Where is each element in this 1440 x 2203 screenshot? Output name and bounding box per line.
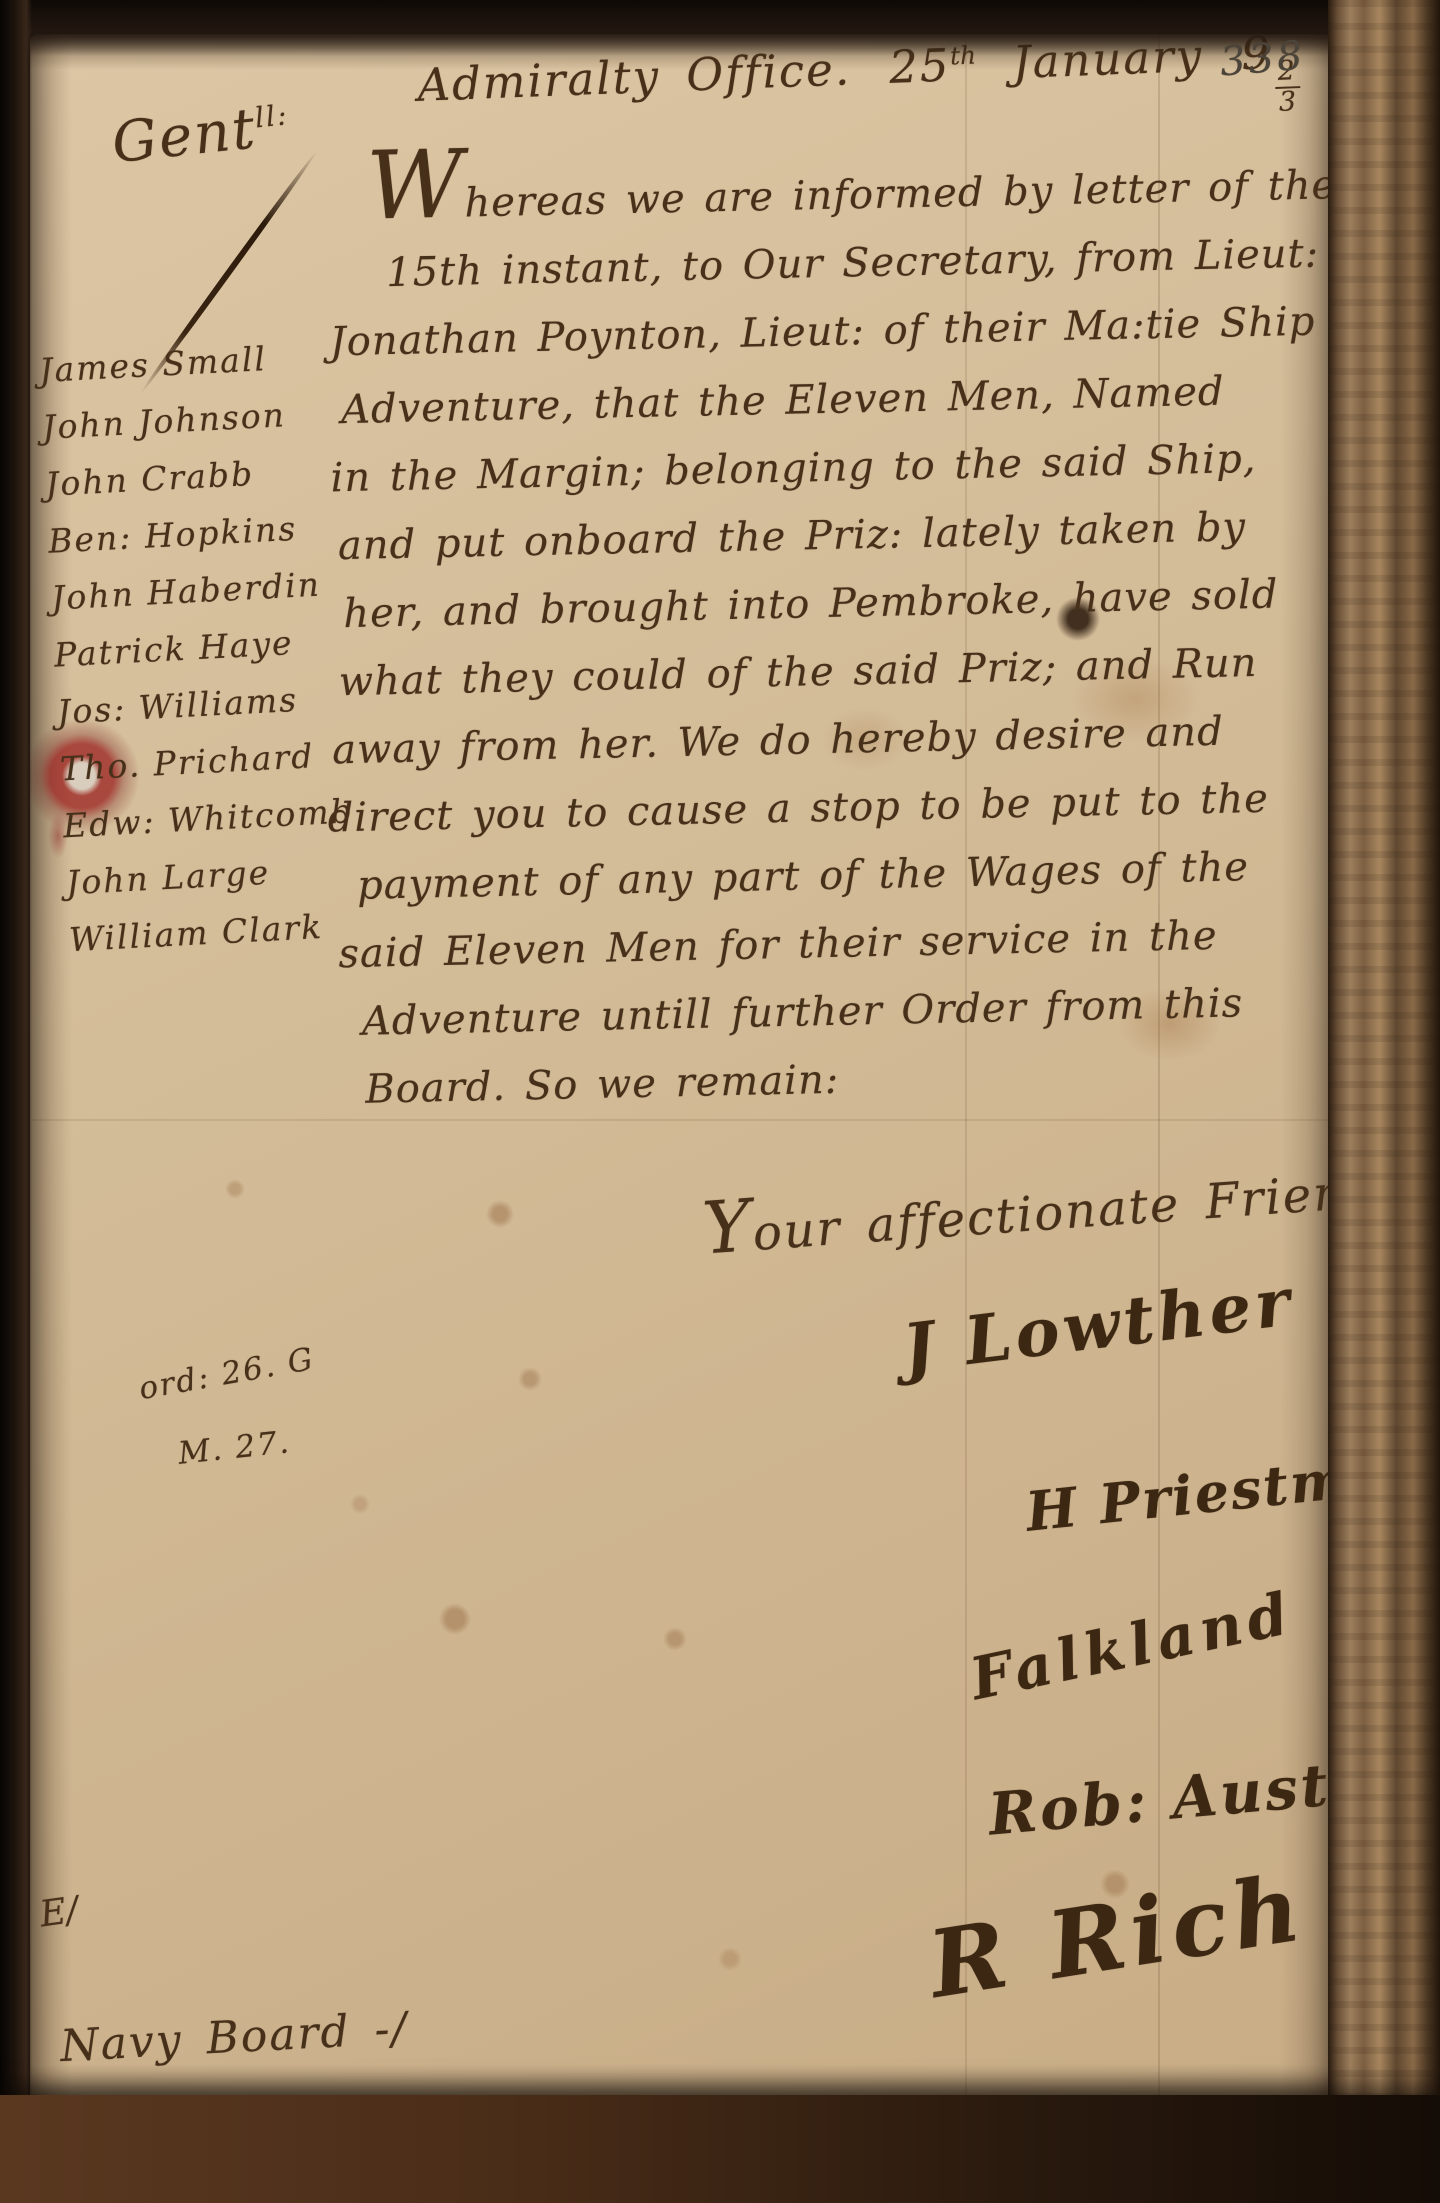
margin-name-list: James Small John Johnson John Crabb Ben:… — [38, 327, 361, 968]
salutation-base: Gent — [109, 96, 259, 176]
heading-year-denominator: 3 — [1278, 89, 1298, 118]
page-crease-horizontal — [30, 1119, 1332, 1121]
salutation: Gentll: — [109, 93, 293, 176]
book-bottom-board — [0, 2095, 1440, 2203]
letter-body: Whereas we are informed by letter of the… — [320, 152, 1330, 1125]
closing-line: Your affectionate Friends — [700, 1138, 1407, 1271]
docket-note: M. 27. — [176, 1424, 292, 1472]
book-spine-binding — [0, 0, 32, 2203]
signature-falkland: Falkland — [965, 1579, 1300, 1714]
docket-note: ord: 26. G — [136, 1341, 317, 1407]
signature-rich-flourished: R Rich — [922, 1853, 1313, 2019]
salutation-superscript: ll: — [253, 98, 290, 134]
manuscript-page: 338 Admiralty Office. 25th January 923 G… — [30, 34, 1332, 2106]
signature-lowther: J Lowther — [899, 1262, 1298, 1387]
corner-mark: E/ — [37, 1890, 81, 1936]
manuscript-photo: 338 Admiralty Office. 25th January 923 G… — [0, 0, 1440, 2203]
folio-number: 338 — [1218, 32, 1307, 85]
addressee-note: Navy Board -/ — [59, 2003, 410, 2072]
book-page-edges — [1328, 0, 1440, 2203]
